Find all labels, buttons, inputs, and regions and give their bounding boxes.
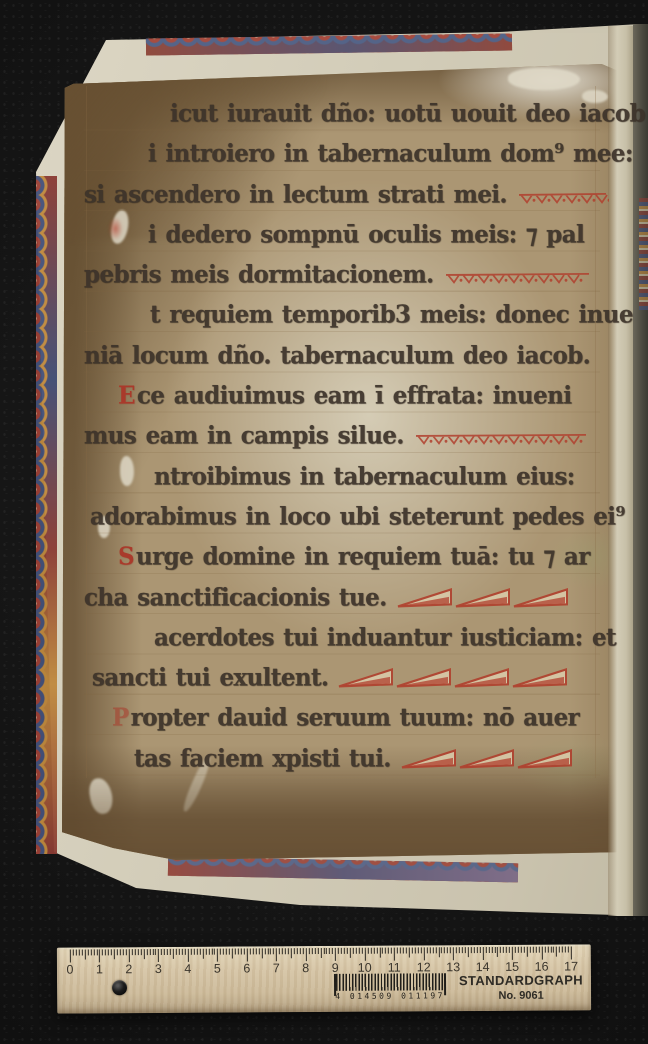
rubric-initial: P — [112, 701, 129, 737]
ruler-tick — [456, 947, 457, 953]
ruler-tick — [176, 949, 177, 955]
ruler-tick — [188, 949, 189, 962]
ruler-tick — [191, 949, 192, 955]
ruler-tick — [291, 948, 292, 958]
ruler-tick — [235, 949, 236, 955]
ruler-tick — [117, 949, 118, 955]
ruler-tick — [524, 947, 525, 953]
manuscript-line-text: tas faciem xpisti tui. — [134, 741, 391, 777]
ruler-tick — [485, 947, 486, 953]
ruler-tick — [93, 949, 94, 955]
ruler-tick — [229, 949, 230, 955]
ruler-tick — [73, 950, 74, 956]
rubric-initial: E — [118, 378, 135, 414]
ruler-tick — [129, 949, 130, 962]
manuscript-line: t requiem temporib3 meis: donec inue — [84, 291, 600, 334]
ruler-tick — [226, 949, 227, 955]
ruler-tick — [468, 947, 469, 957]
ruler-tick — [108, 949, 109, 955]
manuscript-line-text: i dedero sompnū oculis meis: ⁊ pal — [148, 217, 584, 253]
manuscript-line: pebris meis dormitacionem. — [84, 251, 600, 294]
ruler-tick — [135, 949, 136, 955]
ruler-tick — [350, 948, 351, 958]
ruler-tick — [170, 949, 171, 955]
ruler-tick — [388, 948, 389, 954]
ruler-tick — [515, 947, 516, 953]
ruler-brand-name: STANDARDGRAPH — [455, 972, 587, 988]
ruler-tick — [96, 949, 97, 955]
manuscript-line: ntroibimus in tabernaculum eius: — [84, 452, 600, 495]
ruler-tick — [247, 948, 248, 961]
ruler-tick — [70, 950, 71, 963]
ruler-tick — [294, 948, 295, 954]
ruler-tick — [429, 947, 430, 953]
ruler-tick — [483, 947, 484, 960]
ruler-tick — [424, 947, 425, 960]
ruler-tick — [282, 948, 283, 954]
ruler-tick — [155, 949, 156, 955]
manuscript-line-text: adorabimus in loco ubi steterunt pedes e… — [90, 499, 625, 535]
ruler-tick — [500, 947, 501, 953]
ruler-tick — [491, 947, 492, 953]
ruler-tick — [488, 947, 489, 953]
ruler-tick — [536, 947, 537, 953]
ruler-tick — [173, 949, 174, 959]
ruler-tick — [450, 947, 451, 953]
ruler-tick — [105, 949, 106, 955]
ruler-number: 12 — [414, 960, 434, 974]
ruler-tick — [471, 947, 472, 953]
ruler: 01234567891011121314151617 4 014509 0111… — [57, 944, 591, 1013]
ruler-tick — [314, 948, 315, 954]
ruler-tick — [76, 950, 77, 956]
ruler-tick — [400, 948, 401, 954]
rubric-line-filler — [397, 585, 571, 608]
ruler-number: 8 — [296, 961, 316, 975]
ruler-tick — [256, 948, 257, 954]
manuscript-line: i dedero sompnū oculis meis: ⁊ pal — [84, 210, 600, 253]
rubric-line-filler — [517, 191, 609, 206]
ruler-tick — [126, 949, 127, 955]
ruler-tick — [303, 948, 304, 954]
ruler-hole — [112, 980, 127, 995]
ruler-number: 7 — [266, 961, 286, 975]
ruler-tick — [533, 947, 534, 953]
ruler-number: 13 — [443, 960, 463, 974]
ruler-tick — [144, 949, 145, 959]
ruler-tick — [362, 948, 363, 954]
manuscript-text: icut iurauit dño: uotū uouit deo iacobi … — [84, 92, 600, 792]
ruler-tick — [547, 947, 548, 953]
manuscript-line: Propter dauid seruum tuum: nō auer — [84, 694, 600, 737]
ruler-tick — [344, 948, 345, 954]
manuscript-line: Surge domine in requiem tuā: tu ⁊ ar — [84, 533, 600, 576]
ruler-tick — [353, 948, 354, 954]
ruler-tick — [368, 948, 369, 954]
manuscript-line: sancti tui exultent. — [84, 654, 600, 697]
ruler-number: 4 — [178, 962, 198, 976]
ruler-tick — [258, 948, 259, 954]
ruler-number: 14 — [473, 960, 493, 974]
manuscript-line: Ece audiuimus eam ī effrata: inueni — [84, 372, 600, 415]
manuscript-line: icut iurauit dño: uotū uouit deo iacob — [84, 90, 600, 133]
ruler-number: 6 — [237, 961, 257, 975]
manuscript-line-text: ntroibimus in tabernaculum eius: — [154, 459, 575, 495]
ruler-tick — [306, 948, 307, 961]
ruler-tick — [412, 947, 413, 953]
ruler-tick — [123, 949, 124, 955]
ruler-tick — [438, 947, 439, 957]
ruler-tick — [152, 949, 153, 955]
ruler-tick — [264, 948, 265, 954]
ruler-tick — [341, 948, 342, 954]
rubric-initial: S — [118, 540, 134, 576]
ruler-number: 0 — [60, 962, 80, 976]
ruler-tick — [497, 947, 498, 957]
ruler-tick — [279, 948, 280, 954]
barcode-digits: 4 014509 011197 — [330, 991, 450, 1001]
ruler-tick — [261, 948, 262, 958]
ruler-tick — [161, 949, 162, 955]
ruler-tick — [373, 948, 374, 954]
rubric-line-filler — [338, 666, 570, 689]
ruler-tick — [571, 946, 572, 959]
rubric-line-filler — [444, 271, 592, 286]
ruler-tick — [512, 947, 513, 960]
manuscript-line-text: cha sanctificacionis tue. — [84, 580, 387, 616]
ruler-tick — [332, 948, 333, 954]
manuscript-line-text: urge domine in requiem tuā: tu ⁊ ar — [136, 540, 590, 576]
ruler-tick — [477, 947, 478, 953]
ruler-tick — [323, 948, 324, 954]
ruler-tick — [462, 947, 463, 953]
ruler-tick — [427, 947, 428, 953]
ruler-tick — [541, 947, 542, 960]
ruler-tick — [102, 949, 103, 955]
manuscript-line-text: si ascendero in lectum strati mei. — [84, 177, 507, 213]
ruler-tick — [391, 948, 392, 954]
manuscript-line-text: niā locum dño. tabernaculum deo iacob. — [84, 338, 590, 374]
ruler-tick — [273, 948, 274, 954]
manuscript-line-text: icut iurauit dño: uotū uouit deo iacob — [170, 96, 645, 132]
ruler-tick — [474, 947, 475, 953]
ruler-tick — [244, 948, 245, 954]
rubric-line-filler — [414, 432, 589, 447]
ruler-number: 9 — [325, 961, 345, 975]
ruler-tick — [559, 947, 560, 953]
manuscript-line-text: pebris meis dormitacionem. — [84, 257, 434, 293]
ruler-tick — [90, 949, 91, 955]
manuscript-line: mus eam in campis silue. — [84, 412, 600, 455]
ruler-tick — [276, 948, 277, 961]
manuscript-line-text: i introiero in tabernaculum dom⁹ mee: — [148, 137, 633, 173]
barcode: 4 014509 011197 — [330, 973, 450, 1002]
ruler-number: 15 — [502, 960, 522, 974]
ruler-tick — [553, 947, 554, 953]
ruler-tick — [568, 947, 569, 953]
photograph-background: icut iurauit dño: uotū uouit deo iacobi … — [0, 0, 648, 1044]
ruler-tick — [453, 947, 454, 960]
ruler-tick — [120, 949, 121, 955]
ruler-tick — [220, 949, 221, 955]
ruler-tick — [397, 948, 398, 954]
ruler-number: 1 — [89, 962, 109, 976]
ruler-tick — [99, 949, 100, 962]
ruler-scale: 01234567891011121314151617 — [57, 944, 591, 947]
ruler-tick — [312, 948, 313, 954]
ruler-tick — [179, 949, 180, 955]
ruler-tick — [465, 947, 466, 953]
manuscript-line-text: sancti tui exultent. — [92, 660, 328, 696]
ruler-tick — [194, 949, 195, 955]
ruler-tick — [317, 948, 318, 954]
ruler-tick — [415, 947, 416, 953]
manuscript-line: tas faciem xpisti tui. — [84, 734, 600, 777]
ruler-tick — [335, 948, 336, 961]
marbled-fore-edge — [36, 176, 57, 854]
ruler-tick — [285, 948, 286, 954]
ruler-tick — [267, 948, 268, 954]
ruler-tick — [149, 949, 150, 955]
ruler-tick — [562, 947, 563, 953]
ruler-tick — [205, 949, 206, 955]
ruler-number: 2 — [119, 962, 139, 976]
ruler-tick — [223, 949, 224, 955]
ruler-number: 11 — [384, 961, 404, 975]
ruler-tick — [406, 947, 407, 953]
ruler-tick — [565, 947, 566, 953]
stain — [508, 68, 580, 90]
ruler-tick — [82, 949, 83, 955]
ruler-tick — [347, 948, 348, 954]
ruler-tick — [182, 949, 183, 955]
ruler-tick — [365, 948, 366, 961]
ruler-tick — [418, 947, 419, 953]
ruler-tick — [202, 949, 203, 959]
ruler-tick — [509, 947, 510, 953]
ruler-tick — [421, 947, 422, 953]
ruler-number: 10 — [355, 961, 375, 975]
ruler-number: 16 — [532, 960, 552, 974]
ruler-tick — [527, 947, 528, 957]
ruler-tick — [518, 947, 519, 953]
ruler-tick — [356, 948, 357, 954]
ruler-tick — [556, 947, 557, 957]
ruler-tick — [164, 949, 165, 955]
manuscript-line-text: ce audiuimus eam ī effrata: inueni — [137, 378, 572, 414]
barcode-bars — [336, 973, 444, 991]
ruler-tick — [521, 947, 522, 953]
ruler-tick — [441, 947, 442, 953]
manuscript-line-text: acerdotes tui induantur iusticiam: et — [154, 620, 616, 656]
ruler-tick — [530, 947, 531, 953]
ruler-tick — [253, 948, 254, 954]
ruler-tick — [320, 948, 321, 958]
ruler-tick — [211, 949, 212, 955]
ruler-tick — [435, 947, 436, 953]
ruler-tick — [338, 948, 339, 954]
ruler-tick — [376, 948, 377, 954]
ruler-tick — [394, 948, 395, 961]
ruler-tick — [217, 949, 218, 962]
ruler-tick — [208, 949, 209, 955]
ruler-tick — [132, 949, 133, 955]
ruler-tick — [403, 948, 404, 954]
ruler-tick — [214, 949, 215, 955]
ruler-tick — [85, 949, 86, 959]
ruler-tick — [480, 947, 481, 953]
ruler-tick — [185, 949, 186, 955]
ruler-number: 17 — [561, 959, 581, 973]
manuscript-line-text: t requiem temporib3 meis: donec inue — [150, 298, 633, 334]
ruler-tick — [250, 948, 251, 954]
ruler-tick — [241, 949, 242, 955]
facing-page-edge — [633, 24, 648, 916]
ruler-tick — [111, 949, 112, 955]
ruler-tick — [503, 947, 504, 953]
ruler-tick — [288, 948, 289, 954]
manuscript-line: i introiero in tabernaculum dom⁹ mee: — [84, 130, 600, 173]
ruler-tick — [370, 948, 371, 954]
ruler-tick — [88, 949, 89, 955]
ruler-tick — [300, 948, 301, 954]
ruler-tick — [158, 949, 159, 962]
manuscript-line: acerdotes tui induantur iusticiam: et — [84, 613, 600, 656]
ruler-tick — [309, 948, 310, 954]
ruler-tick — [382, 948, 383, 954]
ruler-tick — [79, 949, 80, 955]
manuscript-line: niā locum dño. tabernaculum deo iacob. — [84, 331, 600, 374]
ruler-tick — [146, 949, 147, 955]
ruler-tick — [197, 949, 198, 955]
ruler-tick — [167, 949, 168, 955]
ruler-number: 5 — [207, 962, 227, 976]
facing-page-marbled-edge — [639, 198, 648, 310]
ruler-tick — [200, 949, 201, 955]
manuscript-line: cha sanctificacionis tue. — [84, 573, 600, 616]
ruler-tick — [432, 947, 433, 953]
manuscript-line: adorabimus in loco ubi steterunt pedes e… — [84, 493, 600, 536]
ruler-tick — [447, 947, 448, 953]
ruler-tick — [544, 947, 545, 953]
ruler-tick — [385, 948, 386, 954]
ruler-tick — [232, 949, 233, 959]
ruler-tick — [539, 947, 540, 953]
ruler-number: 3 — [148, 962, 168, 976]
ruler-tick — [409, 947, 410, 957]
manuscript-line: si ascendero in lectum strati mei. — [84, 170, 600, 213]
faded-rubric-mark — [108, 217, 123, 240]
ruler-tick — [238, 949, 239, 955]
ruler-tick — [444, 947, 445, 953]
rubric-line-filler — [401, 746, 575, 769]
ruler-tick — [379, 948, 380, 958]
ruler-tick — [550, 947, 551, 953]
manuscript-line-text: ropter dauid seruum tuum: nō auer — [131, 701, 580, 737]
ruler-tick — [114, 949, 115, 959]
ruler-tick — [506, 947, 507, 953]
ruler-tick — [329, 948, 330, 954]
ruler-tick — [270, 948, 271, 954]
ruler-tick — [494, 947, 495, 953]
manuscript-line-text: mus eam in campis silue. — [84, 419, 404, 455]
ruler-tick — [138, 949, 139, 955]
ruler-tick — [141, 949, 142, 955]
ruler-tick — [459, 947, 460, 953]
ruler-model-number: No. 9061 — [455, 989, 587, 1002]
ruler-tick — [359, 948, 360, 954]
ruler-tick — [297, 948, 298, 954]
ruler-tick — [326, 948, 327, 954]
